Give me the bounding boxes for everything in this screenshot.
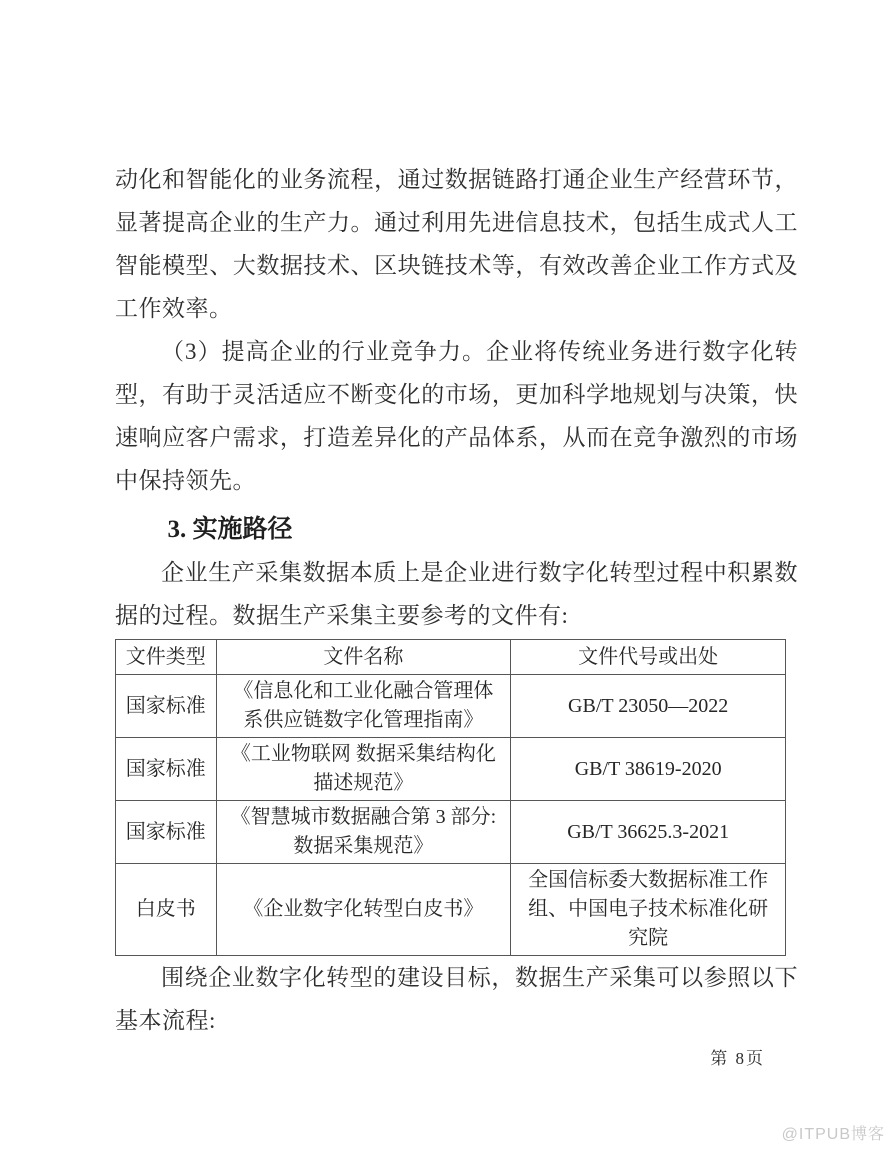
paragraph-intro: 企业生产采集数据本质上是企业进行数字化转型过程中积累数据的过程。数据生产采集主要… bbox=[115, 551, 798, 637]
table-cell-type: 国家标准 bbox=[116, 801, 217, 864]
table-cell-code: GB/T 36625.3-2021 bbox=[511, 801, 786, 864]
table-header-cell-name: 文件名称 bbox=[216, 640, 511, 675]
paragraph-competitiveness: （3）提高企业的行业竞争力。企业将传统业务进行数字化转型，有助于灵活适应不断变化… bbox=[115, 330, 798, 502]
table-header-cell-code: 文件代号或出处 bbox=[511, 640, 786, 675]
table-row: 国家标准 《信息化和工业化融合管理体系供应链数字化管理指南》 GB/T 2305… bbox=[116, 675, 786, 738]
document-page: 动化和智能化的业务流程，通过数据链路打通企业生产经营环节，显著提高企业的生产力。… bbox=[0, 0, 890, 1151]
table-cell-name: 《智慧城市数据融合第 3 部分: 数据采集规范》 bbox=[216, 801, 511, 864]
page-number: 第 8页 bbox=[710, 1044, 765, 1069]
table-header-cell-type: 文件类型 bbox=[116, 640, 217, 675]
table-row: 国家标准 《工业物联网 数据采集结构化描述规范》 GB/T 38619-2020 bbox=[116, 738, 786, 801]
table-cell-name: 《工业物联网 数据采集结构化描述规范》 bbox=[216, 738, 511, 801]
document-content: 动化和智能化的业务流程，通过数据链路打通企业生产经营环节，显著提高企业的生产力。… bbox=[115, 158, 798, 1042]
table-cell-code: GB/T 38619-2020 bbox=[511, 738, 786, 801]
table-cell-code: GB/T 23050—2022 bbox=[511, 675, 786, 738]
paragraph-after-table: 围绕企业数字化转型的建设目标，数据生产采集可以参照以下基本流程: bbox=[115, 956, 798, 1042]
table-cell-type: 国家标准 bbox=[116, 675, 217, 738]
table-row: 白皮书 《企业数字化转型白皮书》 全国信标委大数据标准工作组、中国电子技术标准化… bbox=[116, 864, 786, 956]
table-cell-type: 国家标准 bbox=[116, 738, 217, 801]
table-cell-type: 白皮书 bbox=[116, 864, 217, 956]
section-heading: 3. 实施路径 bbox=[115, 508, 798, 551]
reference-table: 文件类型 文件名称 文件代号或出处 国家标准 《信息化和工业化融合管理体系供应链… bbox=[115, 639, 786, 956]
table-cell-name: 《企业数字化转型白皮书》 bbox=[216, 864, 511, 956]
table-header-row: 文件类型 文件名称 文件代号或出处 bbox=[116, 640, 786, 675]
paragraph-continuation: 动化和智能化的业务流程，通过数据链路打通企业生产经营环节，显著提高企业的生产力。… bbox=[115, 158, 798, 330]
table-cell-code: 全国信标委大数据标准工作组、中国电子技术标准化研究院 bbox=[511, 864, 786, 956]
table-row: 国家标准 《智慧城市数据融合第 3 部分: 数据采集规范》 GB/T 36625… bbox=[116, 801, 786, 864]
watermark: @ITPUB博客 bbox=[782, 1121, 885, 1144]
table-cell-name: 《信息化和工业化融合管理体系供应链数字化管理指南》 bbox=[216, 675, 511, 738]
